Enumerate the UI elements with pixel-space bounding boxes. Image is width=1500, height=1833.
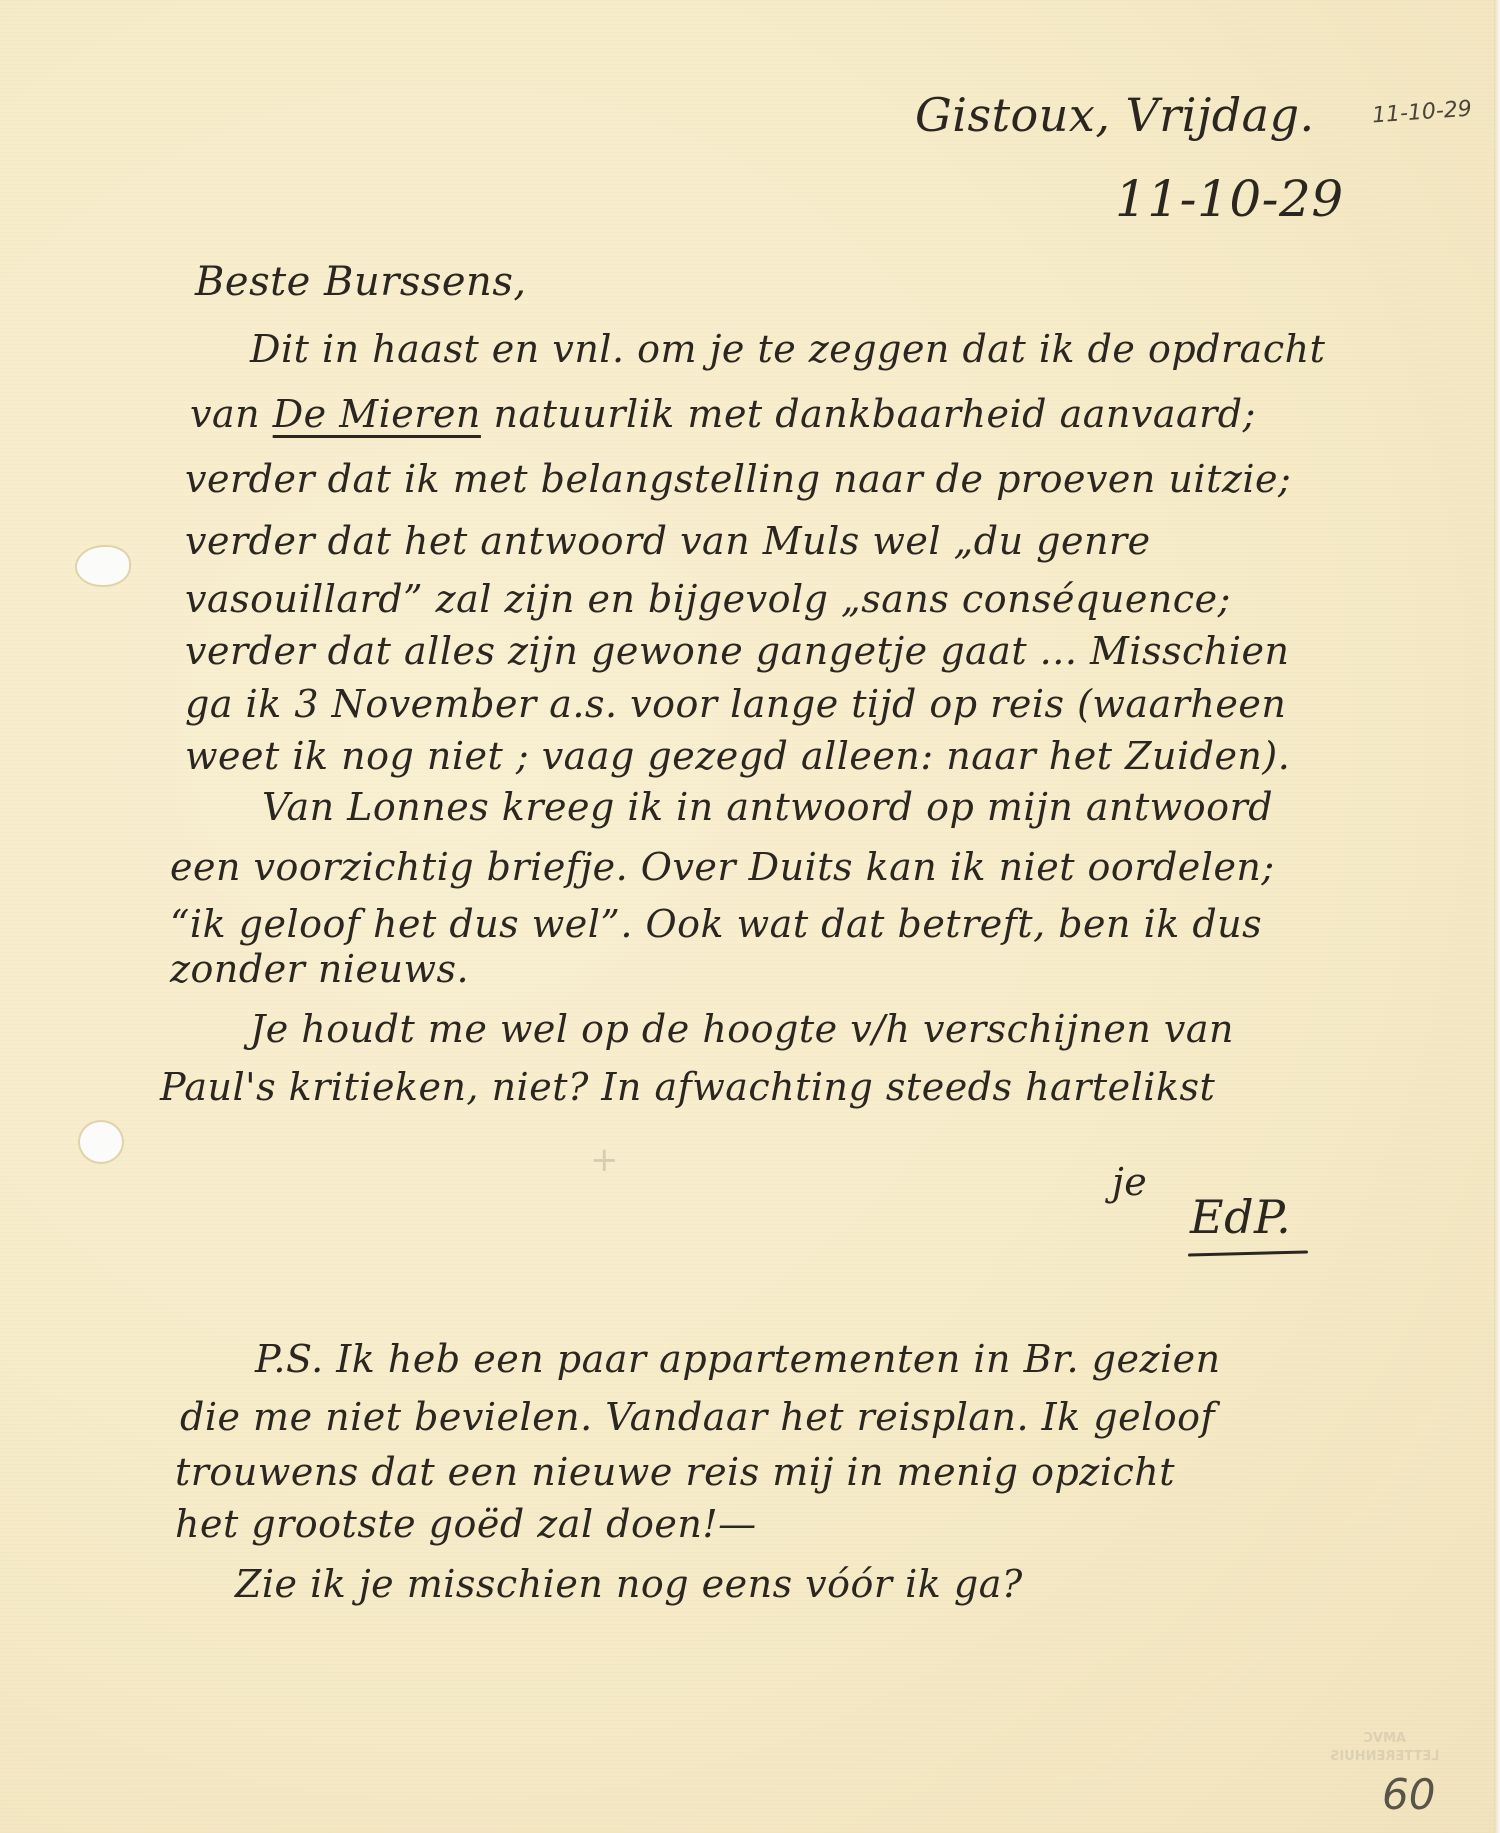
body-line: verder dat het antwoord van Muls wel „du… [185, 522, 1151, 560]
body-line: verder dat ik met belangstelling naar de… [185, 460, 1291, 498]
closing-word: je [1112, 1160, 1147, 1204]
body-line: Je houdt me wel op de hoogte v/h verschi… [250, 1010, 1234, 1048]
paper-edge [1494, 0, 1500, 1833]
postscript-line: trouwens dat een nieuwe reis mij in meni… [175, 1453, 1175, 1491]
letter-date: 11-10-29 [1115, 170, 1344, 228]
body-line: van De Mieren natuurlik met dankbaarheid… [190, 395, 1256, 433]
body-line: Van Lonnes kreeg ik in antwoord op mijn … [262, 788, 1273, 826]
body-line: ga ik 3 November a.s. voor lange tijd op… [185, 685, 1286, 723]
body-line: Paul's kritieken, niet? In afwachting st… [160, 1068, 1215, 1106]
body-line: verder dat alles zijn gewone gangetje ga… [185, 632, 1289, 670]
signature: EdP. [1190, 1190, 1291, 1244]
body-line: vasouillard” zal zijn en bijgevolg „sans… [185, 580, 1231, 618]
postscript-line: het grootste goëd zal doen!— [175, 1505, 757, 1543]
body-line: weet ik nog niet ; vaag gezegd alleen: n… [185, 737, 1290, 775]
body-line: zonder nieuws. [170, 950, 469, 988]
stamp-line-2: LETTERENHUIS [1330, 1748, 1439, 1766]
line-suffix: natuurlik met dankbaarheid aanvaard; [481, 392, 1256, 436]
punch-hole-top [75, 545, 131, 587]
place-and-day: Gistoux, Vrijdag. [915, 88, 1315, 142]
punch-hole-bottom [78, 1120, 124, 1164]
postscript-line: die me niet bevielen. Vandaar het reispl… [180, 1398, 1215, 1436]
stamp-line-1: AMVC [1330, 1730, 1439, 1748]
faint-pencil-mark: + [590, 1140, 619, 1180]
body-line: “ik geloof het dus wel”. Ook wat dat bet… [170, 905, 1262, 943]
postscript-line: P.S. Ik heb een paar appartementen in Br… [255, 1340, 1221, 1378]
body-line: Dit in haast en vnl. om je te zeggen dat… [250, 330, 1325, 368]
salutation: Beste Burssens, [195, 262, 527, 302]
book-title-de-mieren: De Mieren [273, 392, 481, 436]
postscript-line: Zie ik je misschien nog eens vóór ik ga? [235, 1565, 1023, 1603]
archive-stamp: AMVC LETTERENHUIS [1330, 1730, 1439, 1765]
body-line: een voorzichtig briefje. Over Duits kan … [170, 848, 1275, 886]
page-number: 60 [1382, 1770, 1435, 1819]
line-prefix: van [190, 392, 273, 436]
